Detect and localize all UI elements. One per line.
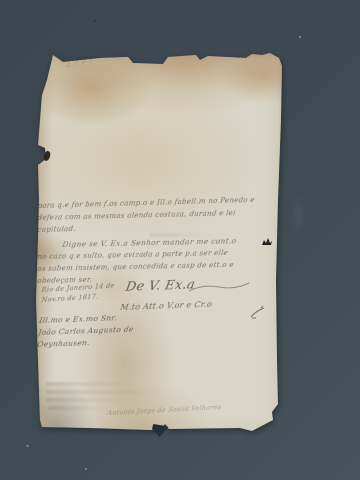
- bleed-through-line: [46, 398, 130, 402]
- salute-flourish: [188, 284, 250, 294]
- pen-squiggle: [249, 305, 267, 320]
- dust-speck: [26, 445, 29, 447]
- backdrop-light-streak: [290, 182, 306, 248]
- ink-mark-bird: [261, 237, 273, 247]
- dust-speck: [299, 36, 301, 38]
- salute-line: De V. Ex.a: [124, 278, 196, 296]
- body-line: capitulad.: [37, 225, 76, 234]
- bleed-through-line: [46, 390, 158, 394]
- dust-speck: [94, 20, 96, 22]
- bleed-through-line: [48, 406, 108, 410]
- addressee-line: Oeynhausen.: [37, 338, 91, 349]
- bleed-through-line: [46, 382, 138, 386]
- photo-backdrop: 1777 para q.e for bem f.os camp.o e Ill.…: [0, 0, 360, 480]
- bottom-edge-tear: [152, 424, 168, 437]
- dust-speck: [85, 468, 87, 470]
